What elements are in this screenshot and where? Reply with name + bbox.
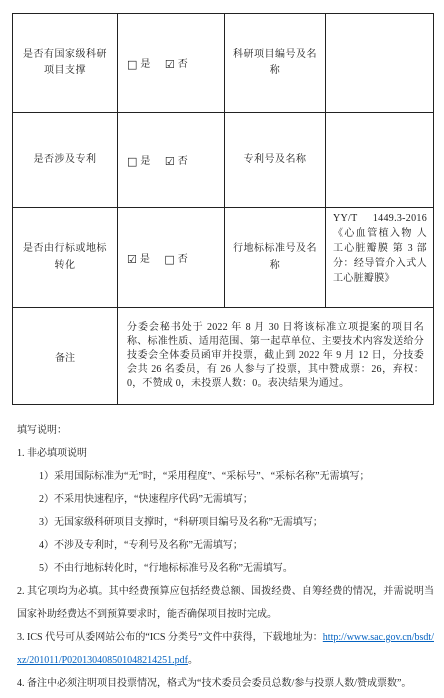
notes-title: 填写说明： [17, 419, 434, 442]
checkbox-yes-label: 是 [140, 254, 150, 265]
table-row: 是否有国家级科研项目支撑 □是 ☑否 科研项目编号及名称 [13, 14, 434, 113]
remark-row: 备注 分委会秘书处于 2022 年 8 月 30 日将该标准立项提案的项目名称、… [13, 308, 434, 405]
note-item-1: 1. 非必填项说明 [17, 442, 434, 465]
form-table: 是否有国家级科研项目支撑 □是 ☑否 科研项目编号及名称 是否涉及专利 □是 ☑… [12, 13, 434, 405]
question-cell: 是否有国家级科研项目支撑 [13, 14, 118, 113]
field-value-cell: YY/T 1449.3-2016《心血管植入物 人工心脏瓣膜 第 3 部分：经导… [326, 208, 434, 308]
checkbox-cell: □是 ☑否 [118, 113, 225, 208]
question-cell: 是否涉及专利 [13, 113, 118, 208]
note-subitem-5: 5）不由行地标转化时，“行地标标准号及名称”无需填写。 [39, 557, 434, 580]
note-item-4: 4. 备注中必须注明项目投票情况，格式为“技术委员会委员总数/参与投票人数/赞成… [17, 672, 434, 695]
field-value-cell [326, 113, 434, 208]
checkbox-unchecked-icon: □ [127, 58, 137, 71]
note-item-2: 2. 其它项均为必填。其中经费预算应包括经费总额、国拨经费、自筹经费的情况，并需… [17, 580, 434, 626]
checkbox-yes-label: 是 [140, 59, 150, 70]
checkbox-yes-label: 是 [140, 156, 150, 167]
notes-section: 填写说明： 1. 非必填项说明 1）采用国际标准为“无”时，“采用程度”、“采标… [17, 419, 434, 695]
field-label-cell: 科研项目编号及名称 [225, 14, 326, 113]
checkbox-no-label: 否 [178, 254, 188, 265]
note-subitem-4: 4）不涉及专利时，“专利号及名称”无需填写； [39, 534, 434, 557]
table-row: 是否由行标或地标转化 ☑是 □否 行地标标准号及名称 YY/T 1449.3-2… [13, 208, 434, 308]
checkbox-yes[interactable]: □是 [127, 156, 150, 167]
checkbox-no[interactable]: ☑否 [165, 59, 188, 70]
checkbox-no-label: 否 [178, 59, 188, 70]
note-item-3-text: 3. ICS 代号可从委网站公布的“ICS 分类号”文件中获得，下载地址为： [17, 632, 323, 643]
remark-text-cell: 分委会秘书处于 2022 年 8 月 30 日将该标准立项提案的项目名称、标准性… [118, 308, 434, 405]
note-subitem-3: 3）无国家级科研项目支撑时，“科研项目编号及名称”无需填写； [39, 511, 434, 534]
note-sublist: 1）采用国际标准为“无”时，“采用程度”、“采标号”、“采标名称”无需填写； 2… [39, 465, 434, 580]
checkbox-cell: ☑是 □否 [118, 208, 225, 308]
note-subitem-1: 1）采用国际标准为“无”时，“采用程度”、“采标号”、“采标名称”无需填写； [39, 465, 434, 488]
checkbox-checked-icon: ☑ [165, 155, 175, 168]
checkbox-no[interactable]: ☑否 [165, 156, 188, 167]
note-item-3: 3. ICS 代号可从委网站公布的“ICS 分类号”文件中获得，下载地址为：ht… [17, 626, 434, 672]
checkbox-cell: □是 ☑否 [118, 14, 225, 113]
checkbox-unchecked-icon: □ [127, 155, 137, 168]
checkbox-checked-icon: ☑ [165, 58, 175, 71]
checkbox-unchecked-icon: □ [164, 253, 174, 266]
checkbox-no-label: 否 [178, 156, 188, 167]
field-value-cell [326, 14, 434, 113]
remark-label-cell: 备注 [13, 308, 118, 405]
table-row: 是否涉及专利 □是 ☑否 专利号及名称 [13, 113, 434, 208]
form-document-page: 是否有国家级科研项目支撑 □是 ☑否 科研项目编号及名称 是否涉及专利 □是 ☑… [0, 0, 444, 698]
field-label-cell: 专利号及名称 [225, 113, 326, 208]
note-item-3-period: 。 [188, 655, 198, 666]
note-subitem-2: 2）不采用快速程序，“快速程序代码”无需填写； [39, 488, 434, 511]
checkbox-yes[interactable]: □是 [127, 59, 150, 70]
checkbox-checked-icon: ☑ [127, 253, 137, 266]
question-cell: 是否由行标或地标转化 [13, 208, 118, 308]
checkbox-no[interactable]: □否 [164, 254, 187, 265]
checkbox-yes[interactable]: ☑是 [127, 254, 150, 265]
field-label-cell: 行地标标准号及名称 [225, 208, 326, 308]
